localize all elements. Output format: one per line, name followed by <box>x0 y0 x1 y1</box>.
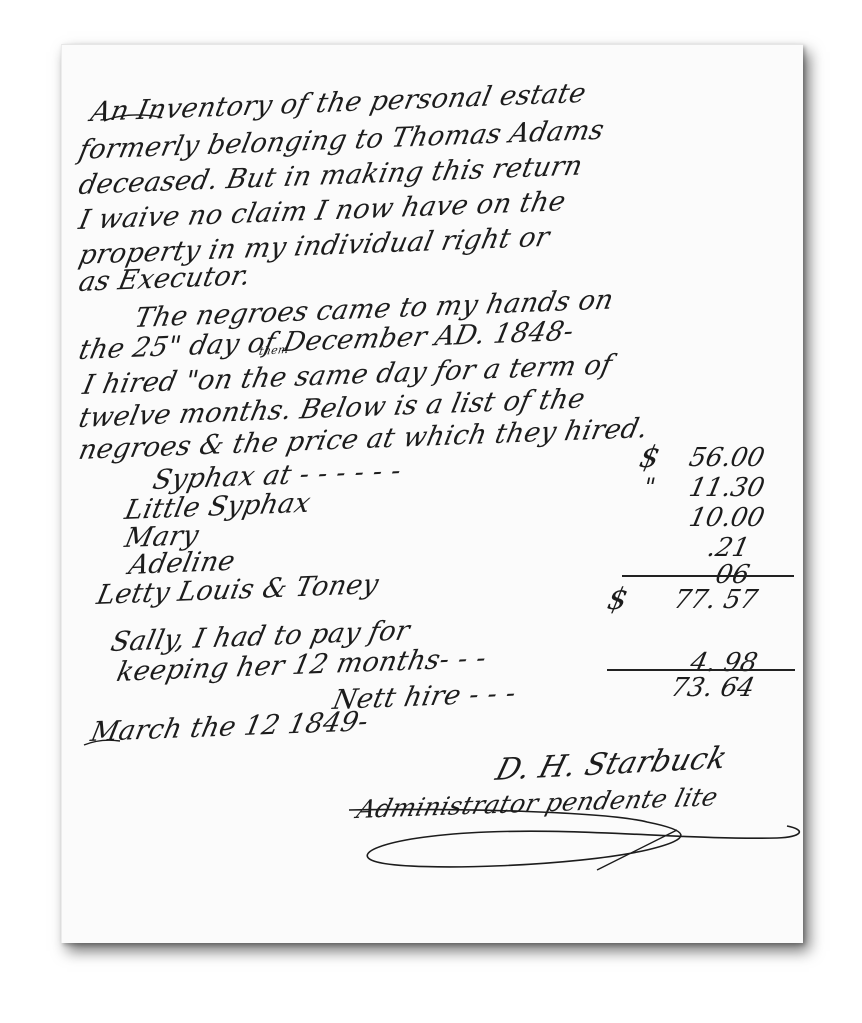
date-dash-flourish <box>82 733 122 749</box>
net-rule <box>607 669 795 671</box>
hire-amount-little-syphax: 11.30 <box>641 473 767 503</box>
signature-flourish <box>347 800 807 900</box>
opening-dash-flourish <box>102 107 162 127</box>
insertion-them: them <box>258 343 290 358</box>
date-line: March the 12 1849- <box>88 706 371 748</box>
net-amount: 73. 64 <box>631 673 757 703</box>
hire-name-little-syphax: Little Syphax <box>122 488 314 526</box>
dollar-sign-subtotal: $ <box>604 582 631 617</box>
body-line-6: as Executor. <box>76 260 254 298</box>
subtotal-rule <box>622 575 794 577</box>
hire-amount-mary: 10.00 <box>641 503 767 533</box>
hire-amount-adeline: .21 <box>626 533 752 563</box>
subtotal-amount: 77. 57 <box>634 585 760 615</box>
signature-name: D. H. Starbuck <box>492 740 731 788</box>
hire-amount-syphax: 56.00 <box>641 443 767 473</box>
document-page: An Inventory of the personal estate form… <box>61 44 803 943</box>
